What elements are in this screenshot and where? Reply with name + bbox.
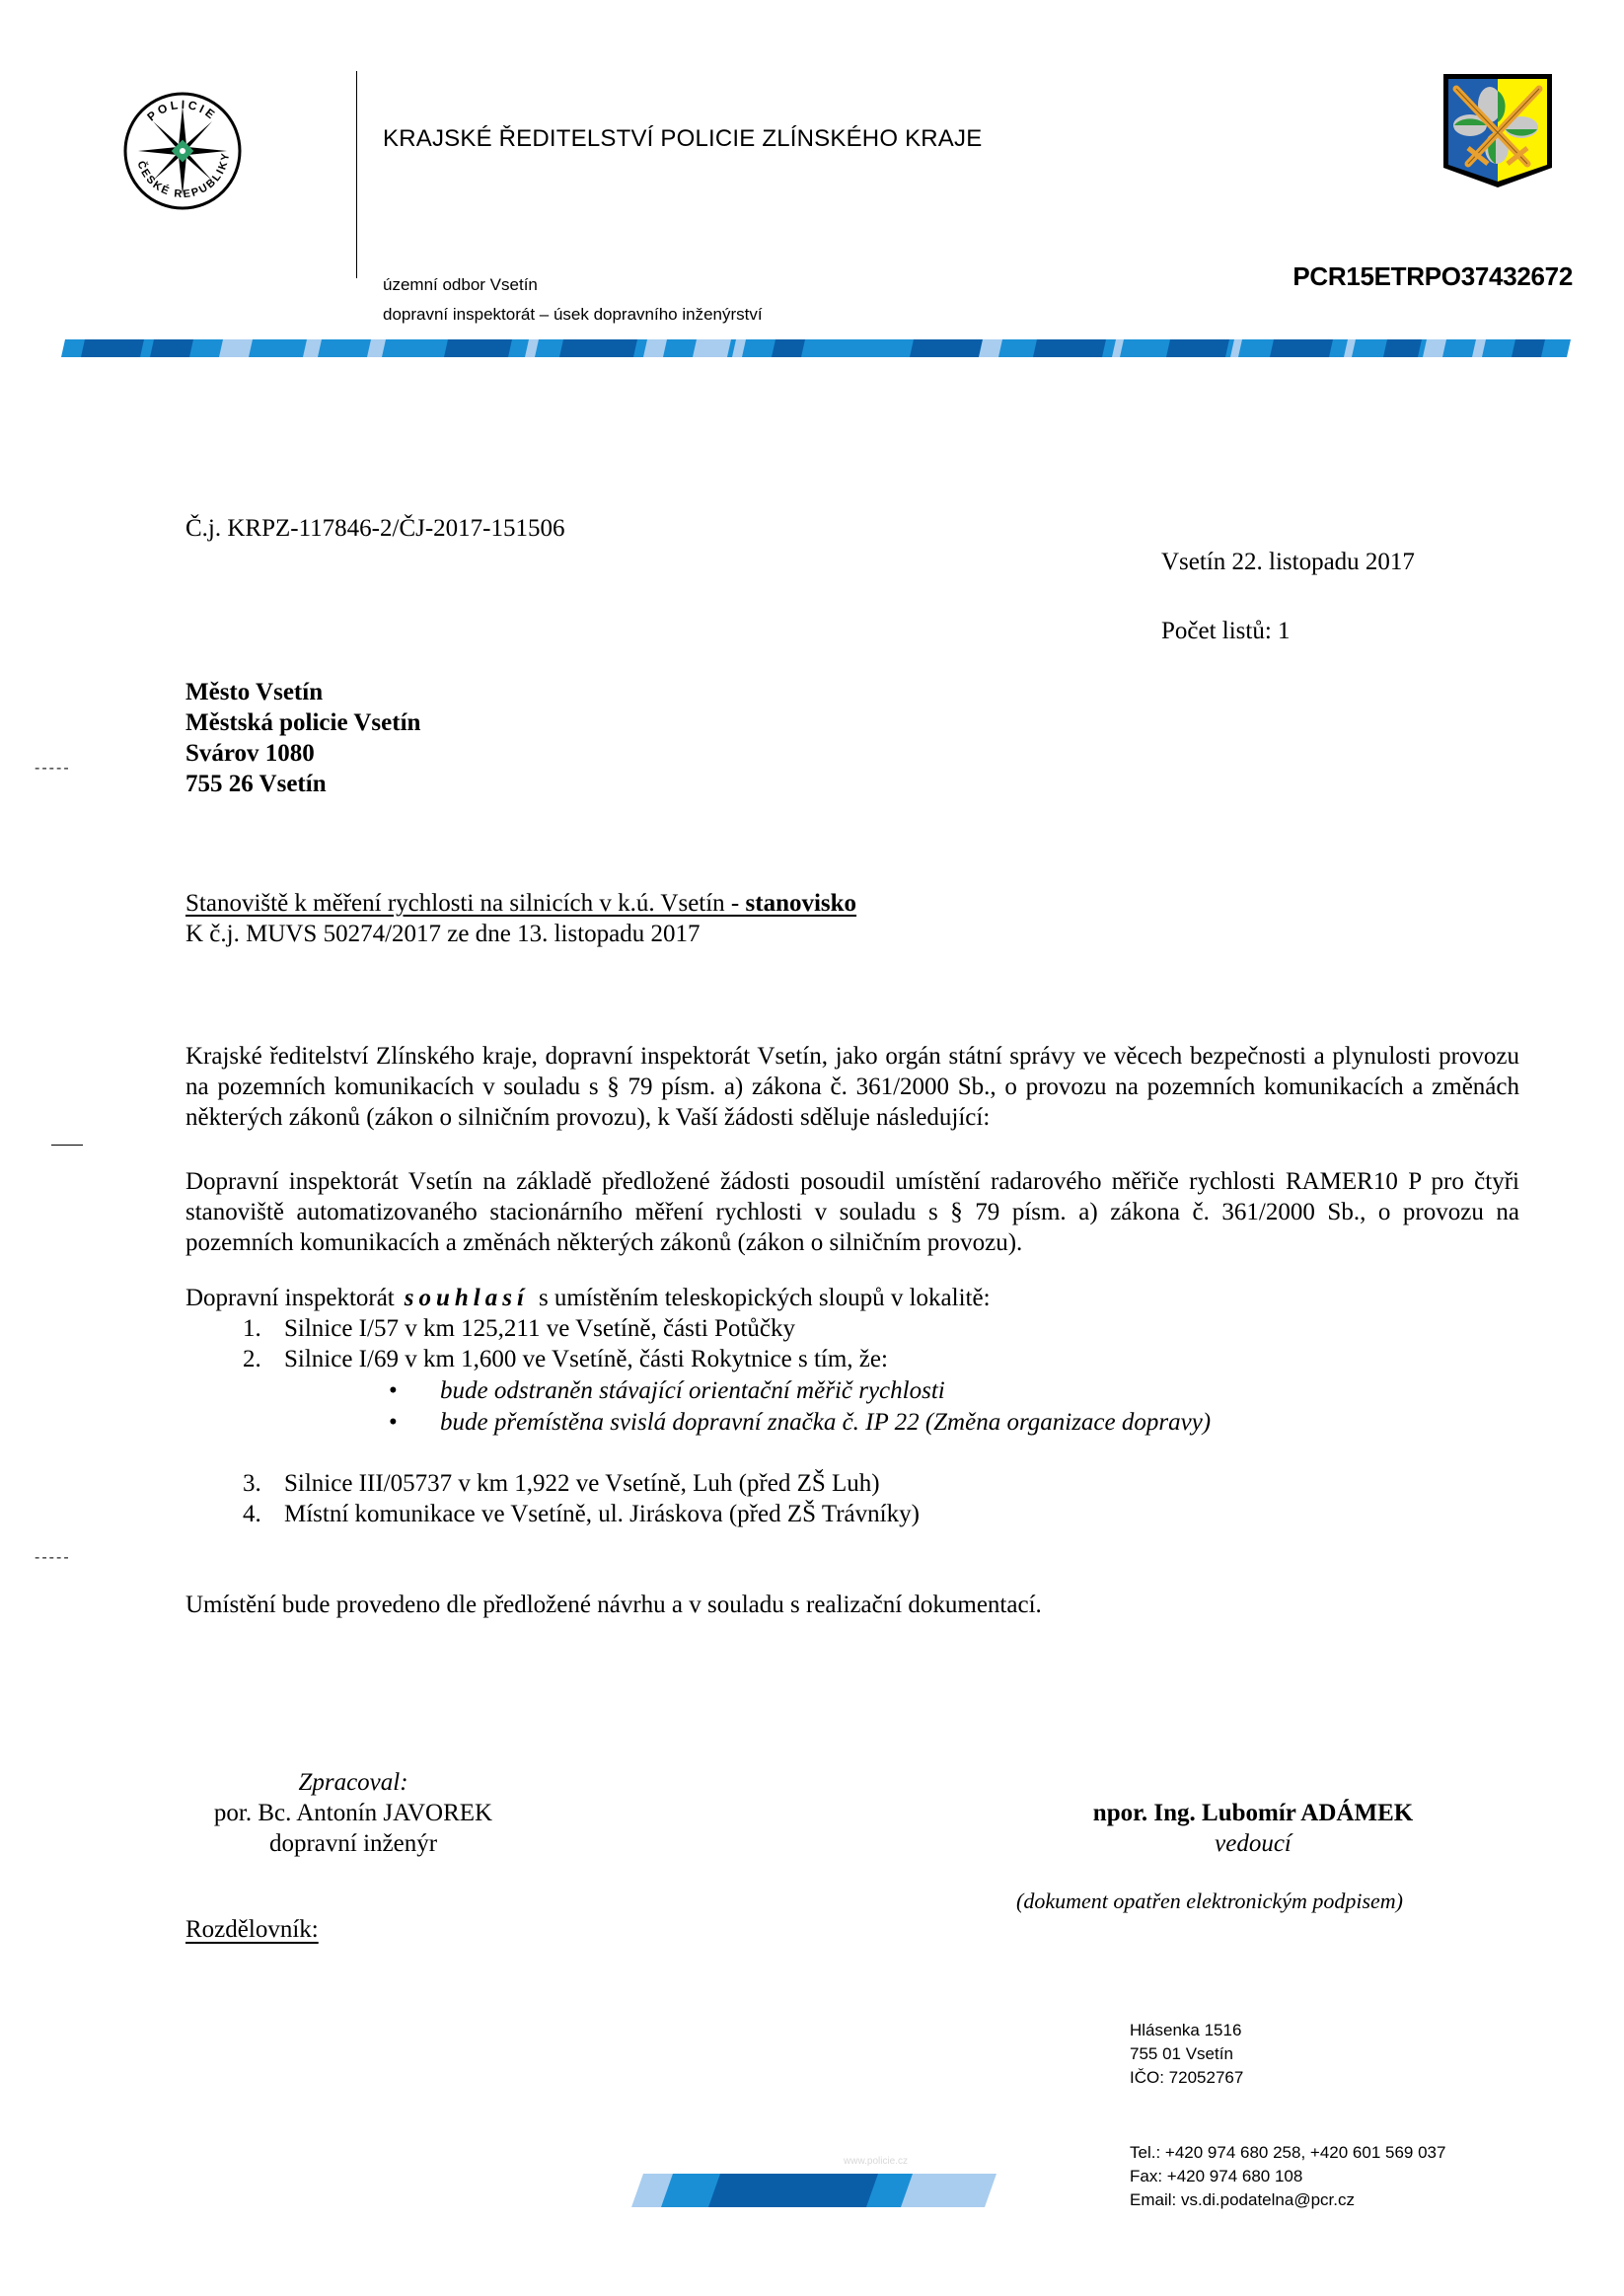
organization-title: KRAJSKÉ ŘEDITELSTVÍ POLICIE ZLÍNSKÉHO KR…	[383, 125, 982, 153]
fold-mark: -----	[35, 1549, 71, 1567]
closing-statement: Umístění bude provedeno dle předložené n…	[185, 1592, 1042, 1619]
coat-of-arms-icon	[1440, 71, 1555, 191]
decorative-stripe-top	[61, 339, 1571, 357]
paragraph-assessment: Dopravní inspektorát Vsetín na základě p…	[185, 1166, 1519, 1258]
footer-city: 755 01 Vsetín	[1130, 2044, 1233, 2064]
footer-watermark-text: www.policie.cz	[844, 2156, 908, 2167]
subject-reference: K č.j. MUVS 50274/2017 ze dne 13. listop…	[185, 921, 700, 948]
signer-role: vedoucí	[1046, 1828, 1460, 1859]
fold-mark: -----	[35, 760, 71, 778]
prepared-role: dopravní inženýr	[187, 1828, 519, 1859]
footer-email[interactable]: Email: vs.di.podatelna@pcr.cz	[1130, 2190, 1355, 2210]
list-item: 2.Silnice I/69 v km 1,600 ve Vsetíně, čá…	[243, 1346, 888, 1373]
footer-fax: Fax: +420 974 680 108	[1130, 2167, 1302, 2186]
bullet-icon: •	[389, 1377, 440, 1405]
prepared-name: por. Bc. Antonín JAVOREK	[187, 1798, 519, 1828]
condition-item: •bude přemístěna svislá dopravní značka …	[389, 1409, 1211, 1437]
condition-item: •bude odstraněn stávající orientační měř…	[389, 1377, 945, 1405]
fold-mark	[51, 1145, 83, 1146]
addressee-line: Město Vsetín	[185, 679, 323, 706]
bullet-icon: •	[389, 1409, 440, 1437]
consent-word: souhlasí	[405, 1285, 529, 1311]
police-star-logo-icon: POLICIE ČESKÉ REPUBLIKY	[120, 89, 245, 213]
signer-block: npor. Ing. Lubomír ADÁMEK vedoucí	[1046, 1798, 1460, 1859]
list-item: 4.Místní komunikace ve Vsetíně, ul. Jirá…	[243, 1501, 920, 1528]
document-code: PCR15ETRPO37432672	[1292, 261, 1573, 292]
paragraph-legal-basis: Krajské ředitelství Zlínského kraje, dop…	[185, 1041, 1519, 1133]
footer-ico: IČO: 72052767	[1130, 2068, 1243, 2088]
addressee-line: 755 26 Vsetín	[185, 771, 327, 798]
letter-date: Vsetín 22. listopadu 2017	[1161, 549, 1415, 576]
consent-statement: Dopravní inspektorátsouhlasís umístěním …	[185, 1285, 991, 1312]
department-line-2: dopravní inspektorát – úsek dopravního i…	[383, 305, 763, 325]
list-item: 3.Silnice III/05737 v km 1,922 ve Vsetín…	[243, 1470, 880, 1498]
list-item: 1.Silnice I/57 v km 125,211 ve Vsetíně, …	[243, 1315, 795, 1343]
reference-number: Č.j. KRPZ-117846-2/ČJ-2017-151506	[185, 515, 565, 543]
sheet-count: Počet listů: 1	[1161, 618, 1291, 645]
addressee-line: Městská policie Vsetín	[185, 709, 420, 737]
signer-name: npor. Ing. Lubomír ADÁMEK	[1046, 1798, 1460, 1828]
department-line-1: územní odbor Vsetín	[383, 275, 538, 295]
footer-phone: Tel.: +420 974 680 258, +420 601 569 037	[1130, 2143, 1445, 2163]
prepared-label: Zpracoval:	[187, 1767, 519, 1798]
footer-street: Hlásenka 1516	[1130, 2021, 1241, 2040]
subject-bold: stanovisko	[746, 890, 857, 917]
subject-text: Stanoviště k měření rychlosti na silnicí…	[185, 890, 746, 917]
decorative-stripe-bottom	[631, 2174, 997, 2207]
header-divider	[356, 71, 357, 278]
subject-line: Stanoviště k měření rychlosti na silnicí…	[185, 890, 856, 918]
addressee-line: Svárov 1080	[185, 740, 315, 768]
electronic-signature-note: (dokument opatřen elektronickým podpisem…	[1016, 1889, 1403, 1914]
prepared-by-block: Zpracoval: por. Bc. Antonín JAVOREK dopr…	[187, 1767, 519, 1859]
distribution-label: Rozdělovník:	[185, 1916, 319, 1944]
